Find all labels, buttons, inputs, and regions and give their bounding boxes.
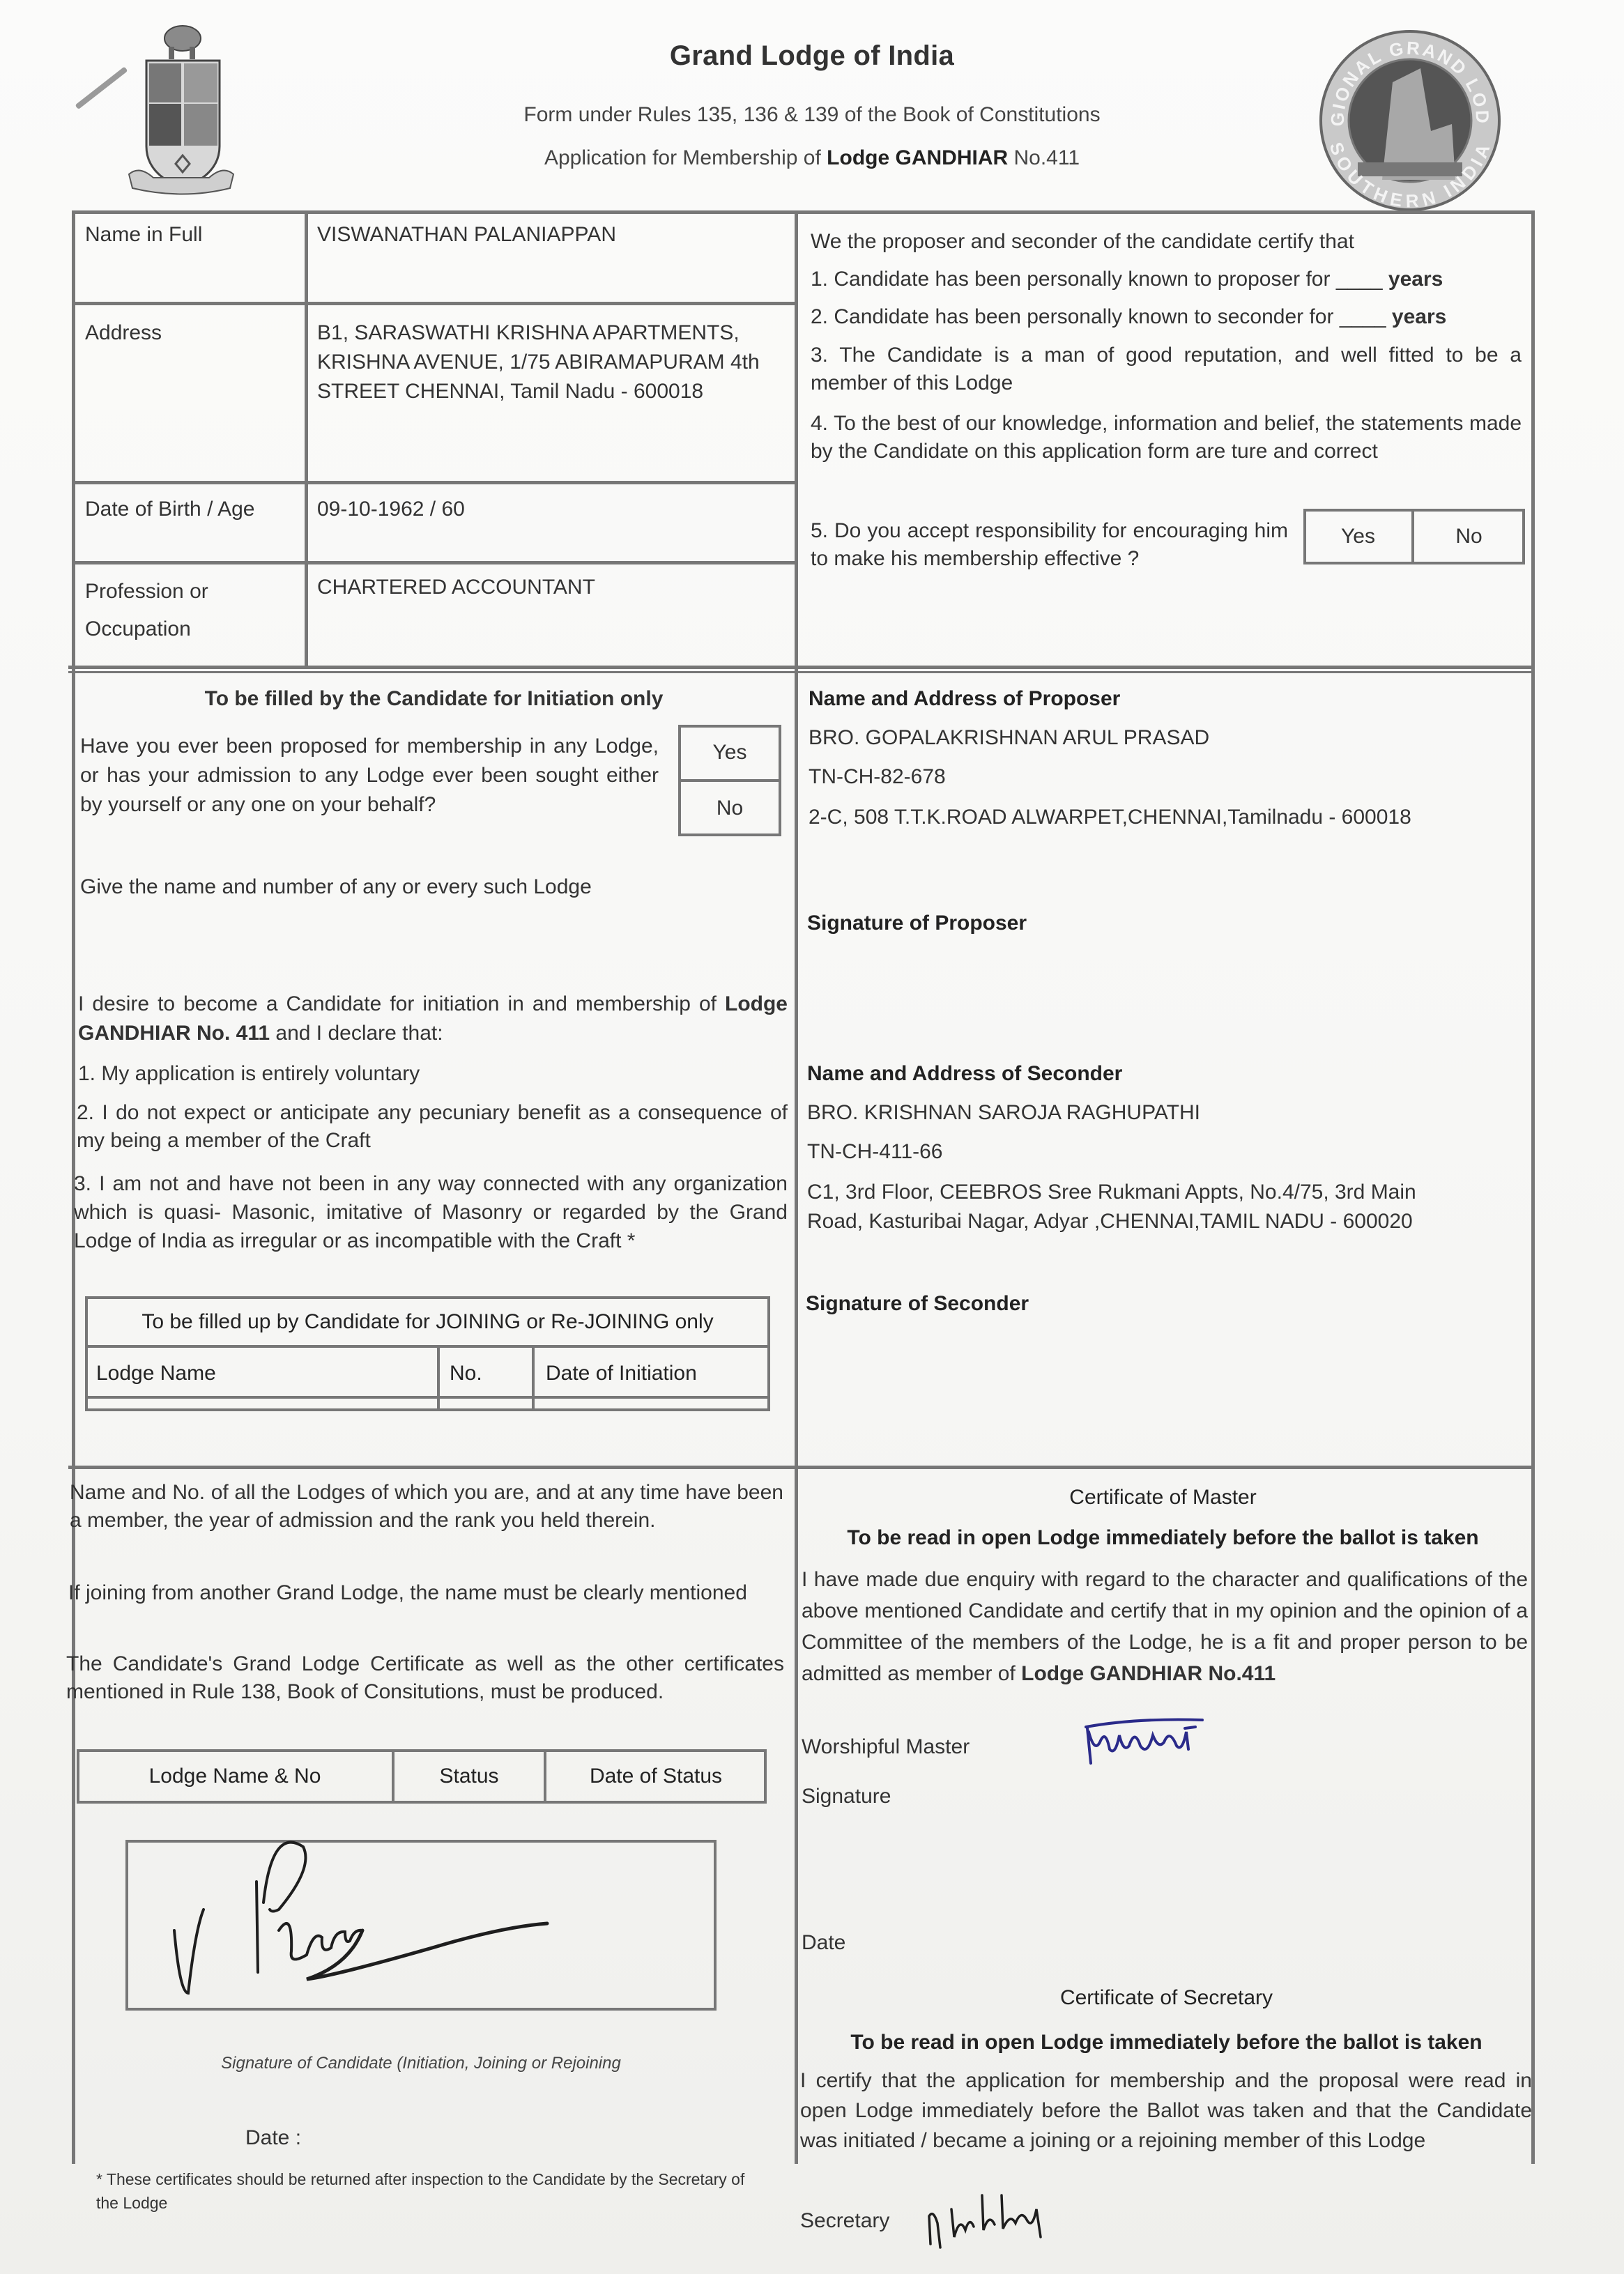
seconder-reg-no[interactable]: TN-CH-411-66 [807, 1137, 943, 1167]
joining-table-heading: To be filled up by Candidate for JOINING… [86, 1307, 769, 1337]
declaration-2: 2. I do not expect or anticipate any pec… [77, 1099, 788, 1155]
joining-col-no: No. [450, 1359, 482, 1388]
lodges-history-certificate-note: The Candidate's Grand Lodge Certificate … [66, 1650, 784, 1706]
lodges-history-grand-lodge-note: If joining from another Grand Lodge, the… [68, 1579, 783, 1607]
secretary-certificate-body: I certify that the application for membe… [800, 2066, 1532, 2156]
dob-label: Date of Birth / Age [85, 495, 254, 524]
seconder-name[interactable]: BRO. KRISHNAN SAROJA RAGHUPATHI [807, 1098, 1200, 1128]
responsibility-yes-option[interactable]: Yes [1305, 510, 1411, 563]
initiation-yes-option[interactable]: Yes [680, 726, 780, 779]
seconder-address-line-2: Road, Kasturibai Nagar, Adyar ,CHENNAI,T… [807, 1207, 1416, 1236]
years-label: years [1388, 268, 1443, 291]
initiation-question: Have you ever been proposed for membersh… [80, 732, 659, 820]
candidate-signature-caption: Signature of Candidate (Initiation, Join… [125, 2049, 717, 2078]
master-certificate-title: Certificate of Master [795, 1483, 1531, 1512]
master-certificate-body: I have made due enquiry with regard to t… [802, 1564, 1528, 1689]
proposer-name[interactable]: BRO. GOPALAKRISHNAN ARUL PRASAD [809, 723, 1209, 753]
regional-grand-lodge-seal-icon: REGIONAL GRAND LODGE SOUTHERN INDIA [1316, 26, 1504, 215]
secretary-label: Secretary [800, 2206, 889, 2236]
profession-label-line-2: Occupation [85, 610, 208, 648]
history-col-status: Status [394, 1751, 544, 1802]
seconder-signature-label: Signature of Seconder [806, 1289, 1029, 1319]
address-line-1: B1, SARASWATHI KRISHNA APARTMENTS, [317, 318, 760, 348]
responsibility-no-option[interactable]: No [1414, 510, 1524, 563]
certification-item-3: 3. The Candidate is a man of good reputa… [811, 341, 1522, 397]
certification-item-5: 5. Do you accept responsibility for enco… [811, 517, 1288, 573]
declaration-intro: I desire to become a Candidate for initi… [78, 990, 788, 1048]
seconder-years-blank[interactable]: ____ [1340, 305, 1386, 328]
joining-table-empty-row[interactable] [88, 1399, 767, 1408]
seconder-signature-field[interactable] [809, 1324, 1519, 1450]
certification-item-2: 2. Candidate has been personally known t… [811, 302, 1446, 332]
certification-intro: We the proposer and seconder of the cand… [811, 227, 1354, 256]
application-lodge-no: No.411 [1008, 146, 1080, 169]
initiation-no-option[interactable]: No [680, 782, 780, 835]
master-certificate-subtitle: To be read in open Lodge immediately bef… [795, 1523, 1531, 1553]
secretary-signature [924, 2181, 1077, 2251]
initiation-heading: To be filled by the Candidate for Initia… [73, 684, 795, 714]
address-line-3: STREET CHENNAI, Tamil Nadu - 600018 [317, 377, 760, 406]
profession-label: Profession or Occupation [85, 573, 208, 648]
address-line-2: KRISHNA AVENUE, 1/75 ABIRAMAPURAM 4th [317, 348, 760, 377]
application-form-page: Grand Lodge of India Form under Rules 13… [0, 0, 1624, 2274]
certificates-return-footnote: * These certificates should be returned … [96, 2167, 765, 2215]
name-value[interactable]: VISWANATHAN PALANIAPPAN [317, 220, 616, 249]
master-signature-label: Signature [802, 1782, 891, 1811]
secretary-certificate-subtitle: To be read in open Lodge immediately bef… [795, 2028, 1538, 2057]
joining-col-date: Date of Initiation [546, 1359, 697, 1388]
name-label: Name in Full [85, 220, 202, 249]
seconder-address-line-1: C1, 3rd Floor, CEEBROS Sree Rukmani Appt… [807, 1178, 1416, 1207]
certification-item-1: 1. Candidate has been personally known t… [811, 265, 1443, 294]
worshipful-master-label: Worshipful Master [802, 1733, 970, 1762]
declaration-3: 3. I am not and have not been in any way… [74, 1169, 788, 1255]
dob-value[interactable]: 09-10-1962 / 60 [317, 495, 465, 524]
address-label: Address [85, 318, 162, 348]
application-lodge: Lodge GANDHIAR [827, 146, 1008, 169]
proposer-address[interactable]: 2-C, 508 T.T.K.ROAD ALWARPET,CHENNAI,Tam… [809, 803, 1411, 832]
worshipful-master-signature [1080, 1714, 1220, 1770]
proposer-reg-no[interactable]: TN-CH-82-678 [809, 762, 946, 792]
seconder-address[interactable]: C1, 3rd Floor, CEEBROS Sree Rukmani Appt… [807, 1178, 1416, 1236]
declaration-1: 1. My application is entirely voluntary [78, 1059, 420, 1089]
secretary-certificate-title: Certificate of Secretary [795, 1983, 1538, 2013]
profession-value[interactable]: CHARTERED ACCOUNTANT [317, 573, 595, 602]
years-label: years [1392, 305, 1446, 328]
proposer-years-blank[interactable]: ____ [1336, 268, 1383, 291]
item-2-text: 2. Candidate has been personally known t… [811, 305, 1333, 328]
profession-label-line-1: Profession or [85, 573, 208, 610]
declaration-prefix: I desire to become a Candidate for initi… [78, 992, 725, 1015]
item-1-text: 1. Candidate has been personally known t… [811, 268, 1330, 291]
master-lodge: Lodge GANDHIAR No.411 [1021, 1662, 1276, 1685]
declaration-suffix: and I declare that: [270, 1022, 443, 1045]
lodges-history-instructions: Name and No. of all the Lodges of which … [70, 1479, 783, 1535]
address-value[interactable]: B1, SARASWATHI KRISHNA APARTMENTS, KRISH… [317, 318, 760, 406]
proposer-heading: Name and Address of Proposer [809, 684, 1120, 714]
seconder-heading: Name and Address of Seconder [807, 1059, 1122, 1089]
certification-item-4: 4. To the best of our knowledge, informa… [811, 410, 1522, 466]
application-prefix: Application for Membership of [544, 146, 827, 169]
give-lodge-name-prompt: Give the name and number of any or every… [80, 873, 592, 902]
joining-col-lodge-name: Lodge Name [96, 1359, 216, 1388]
history-col-date: Date of Status [546, 1751, 765, 1802]
history-col-lodge: Lodge Name & No [78, 1751, 392, 1802]
candidate-date-label: Date : [245, 2123, 301, 2153]
proposer-signature-field[interactable] [809, 941, 1519, 1045]
master-date-label: Date [802, 1928, 845, 1958]
proposer-signature-label: Signature of Proposer [807, 909, 1027, 938]
candidate-signature [167, 1826, 613, 2007]
